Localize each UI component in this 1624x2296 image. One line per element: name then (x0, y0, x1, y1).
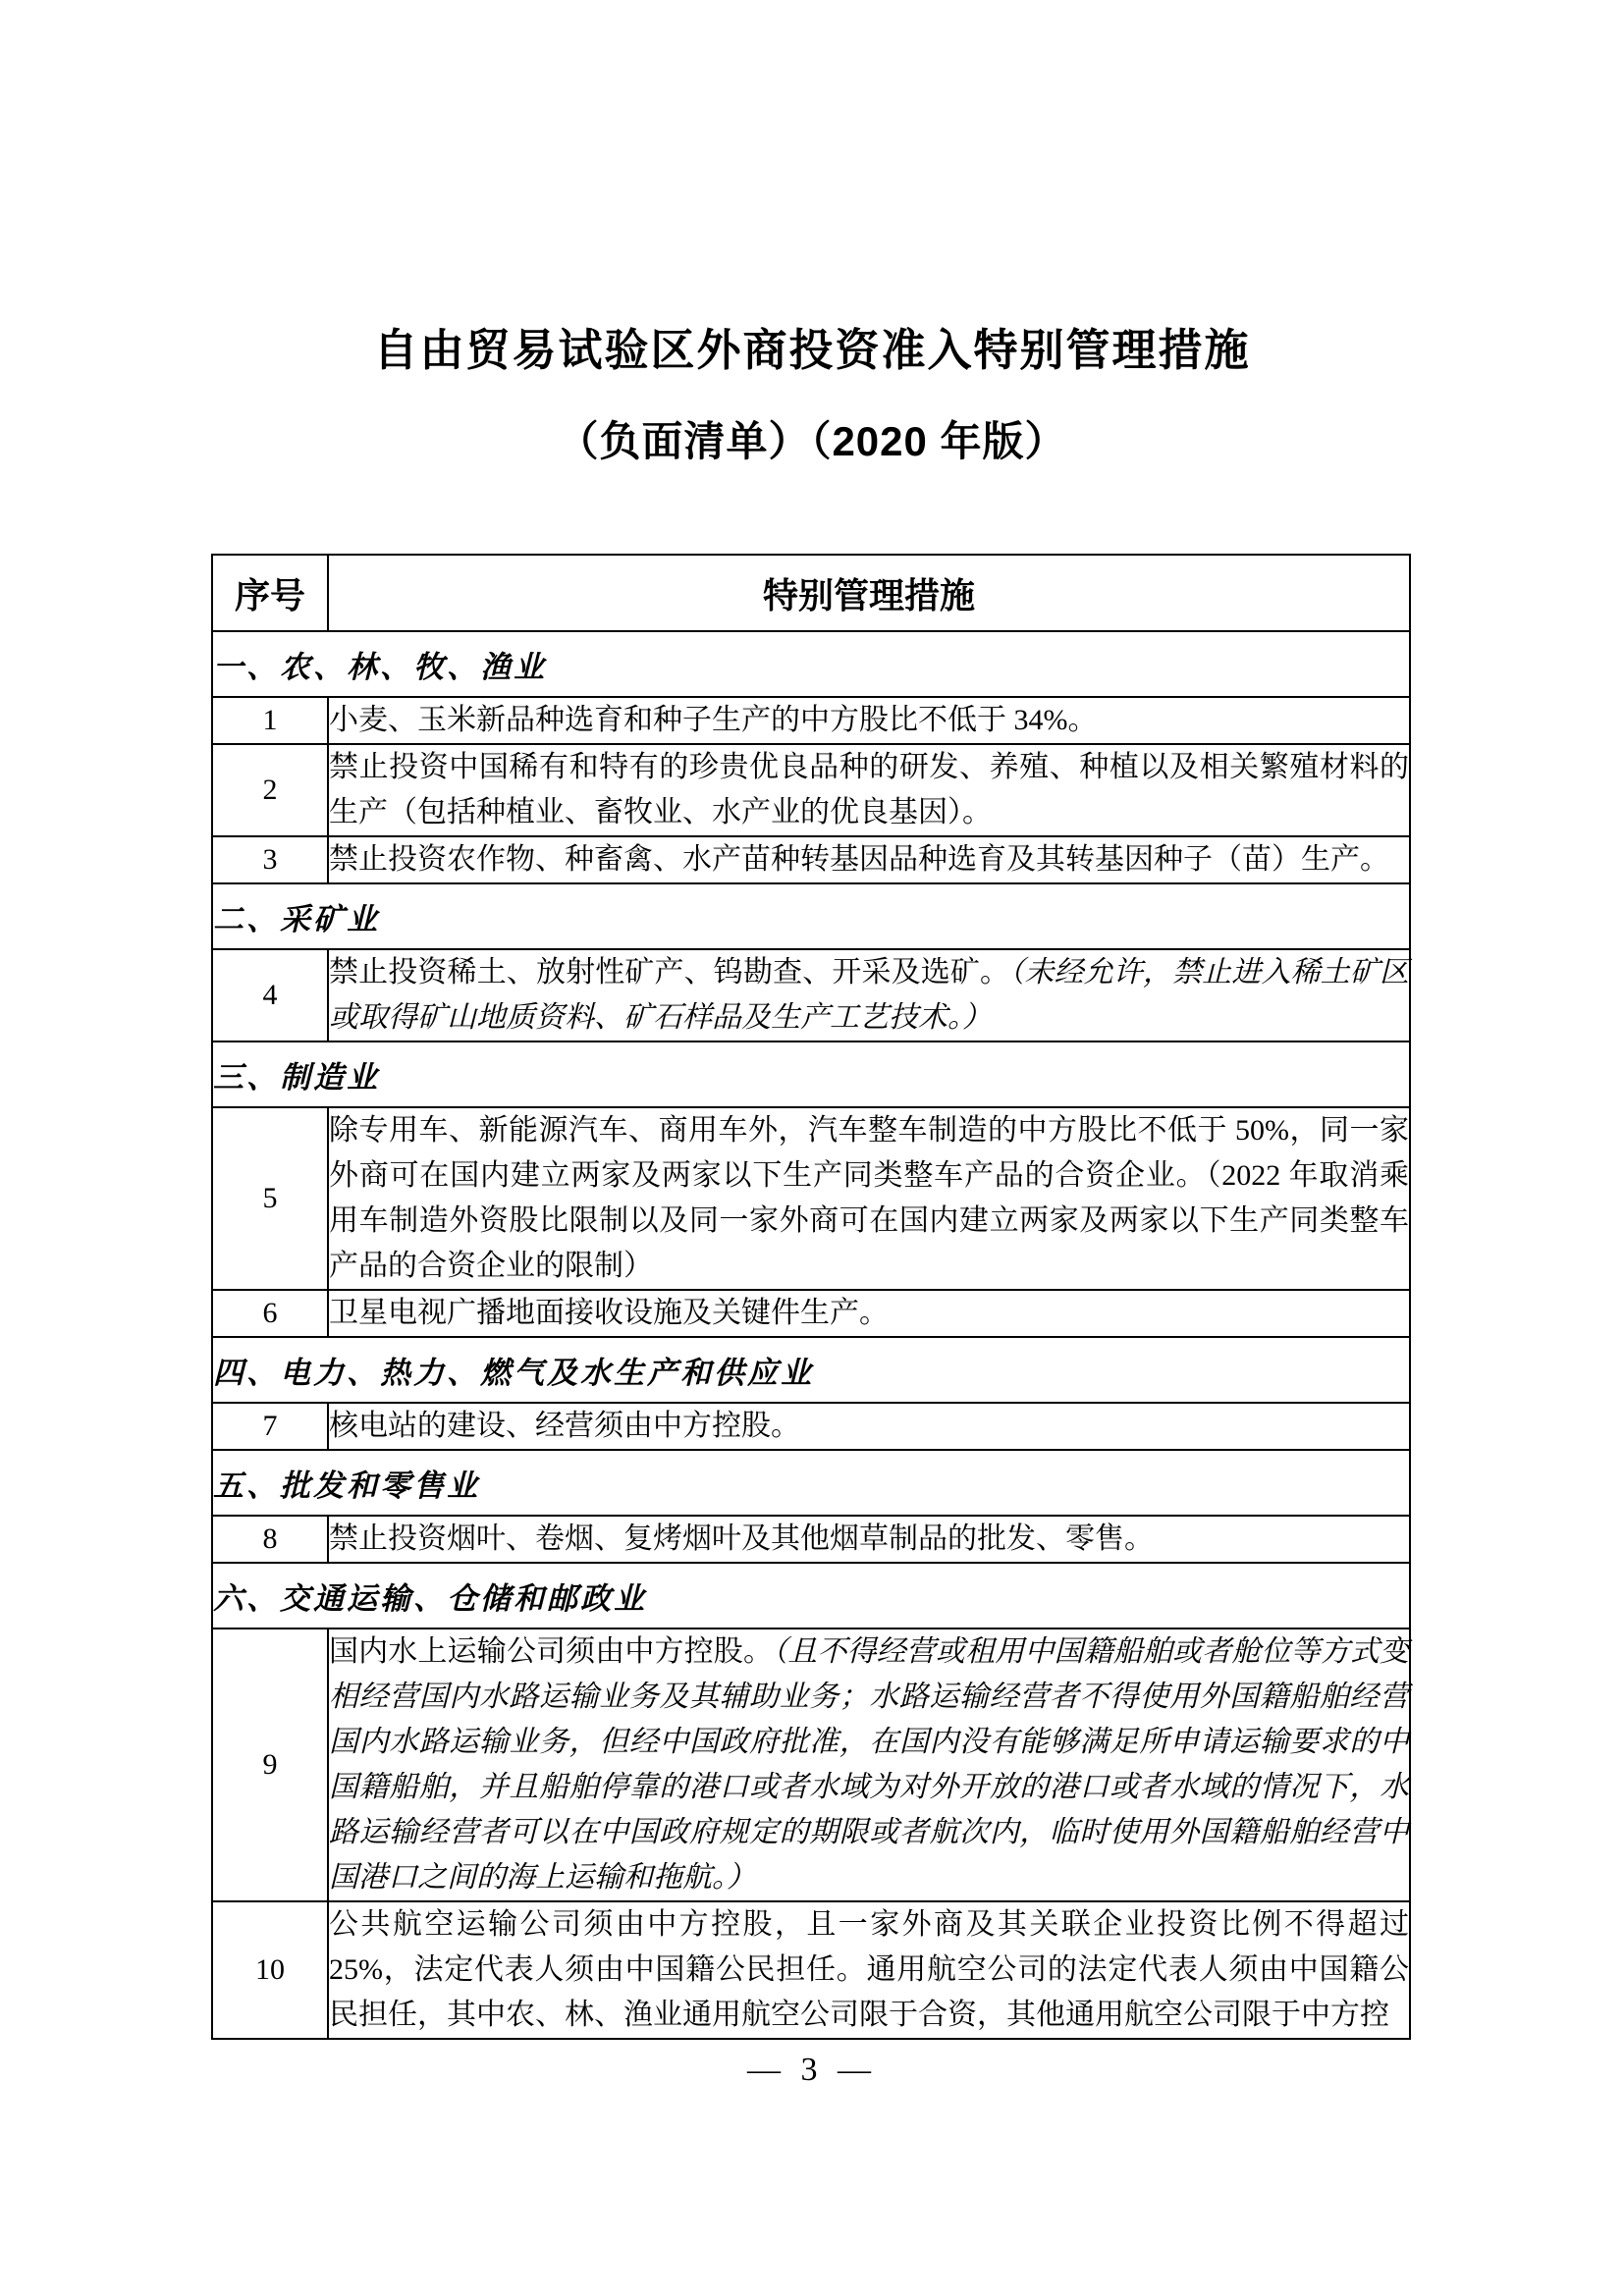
table-row: 2禁止投资中国稀有和特有的珍贵优良品种的研发、养殖、种植以及相关繁殖材料的生产（… (212, 744, 1410, 836)
table-row: 7核电站的建设、经营须由中方控股。 (212, 1403, 1410, 1450)
measure-text-cell: 禁止投资稀土、放射性矿产、钨勘查、开采及选矿。（未经允许，禁止进入稀土矿区或取得… (328, 949, 1410, 1041)
measure-text-cell: 禁止投资烟叶、卷烟、复烤烟叶及其他烟草制品的批发、零售。 (328, 1516, 1410, 1563)
section-label: 五、批发和零售业 (212, 1450, 1410, 1516)
section-row: 五、批发和零售业 (212, 1450, 1410, 1516)
table-header-row: 序号 特别管理措施 (212, 555, 1410, 631)
section-row: 一、农、林、牧、渔业 (212, 631, 1410, 697)
row-number-cell: 7 (212, 1403, 328, 1450)
section-row: 四、电力、热力、燃气及水生产和供应业 (212, 1337, 1410, 1403)
table-row: 10公共航空运输公司须由中方控股，且一家外商及其关联企业投资比例不得超过 25%… (212, 1901, 1410, 2039)
measure-text: 国内水上运输公司须由中方控股。 (329, 1635, 773, 1668)
section-label: 四、电力、热力、燃气及水生产和供应业 (212, 1337, 1410, 1403)
row-number-cell: 10 (212, 1901, 328, 2039)
table-row: 4禁止投资稀土、放射性矿产、钨勘查、开采及选矿。（未经允许，禁止进入稀土矿区或取… (212, 949, 1410, 1041)
table-row: 9国内水上运输公司须由中方控股。（且不得经营或租用中国籍船舶或者舱位等方式变相经… (212, 1629, 1410, 1901)
measure-text: 卫星电视广播地面接收设施及关键件生产。 (329, 1297, 889, 1329)
page-number: — 3 — (0, 2052, 1624, 2089)
measures-table: 序号 特别管理措施 一、农、林、牧、渔业1小麦、玉米新品种选育和种子生产的中方股… (211, 554, 1411, 2040)
section-row: 三、制造业 (212, 1041, 1410, 1107)
row-number-cell: 2 (212, 744, 328, 836)
table-row: 5除专用车、新能源汽车、商用车外，汽车整车制造的中方股比不低于 50%，同一家外… (212, 1107, 1410, 1290)
measure-text-cell: 公共航空运输公司须由中方控股，且一家外商及其关联企业投资比例不得超过 25%，法… (328, 1901, 1410, 2039)
section-label: 六、交通运输、仓储和邮政业 (212, 1563, 1410, 1629)
measure-text: 禁止投资中国稀有和特有的珍贵优良品种的研发、养殖、种植以及相关繁殖材料的生产（包… (329, 751, 1409, 828)
table-body: 一、农、林、牧、渔业1小麦、玉米新品种选育和种子生产的中方股比不低于 34%。2… (212, 631, 1410, 2039)
measure-text-cell: 禁止投资中国稀有和特有的珍贵优良品种的研发、养殖、种植以及相关繁殖材料的生产（包… (328, 744, 1410, 836)
table-row: 3禁止投资农作物、种畜禽、水产苗种转基因品种选育及其转基因种子（苗）生产。 (212, 836, 1410, 883)
measure-text-cell: 核电站的建设、经营须由中方控股。 (328, 1403, 1410, 1450)
measure-text: 禁止投资稀土、放射性矿产、钨勘查、开采及选矿。 (329, 956, 1009, 988)
document-page: 自由贸易试验区外商投资准入特别管理措施 （负面清单）（2020 年版） 序号 特… (0, 0, 1624, 2296)
table-row: 8禁止投资烟叶、卷烟、复烤烟叶及其他烟草制品的批发、零售。 (212, 1516, 1410, 1563)
measure-text-cell: 禁止投资农作物、种畜禽、水产苗种转基因品种选育及其转基因种子（苗）生产。 (328, 836, 1410, 883)
row-number-cell: 6 (212, 1290, 328, 1337)
measure-text-cell: 除专用车、新能源汽车、商用车外，汽车整车制造的中方股比不低于 50%，同一家外商… (328, 1107, 1410, 1290)
section-row: 二、采矿业 (212, 883, 1410, 949)
row-number-cell: 1 (212, 697, 328, 744)
measure-text: 除专用车、新能源汽车、商用车外，汽车整车制造的中方股比不低于 50%，同一家外商… (329, 1114, 1409, 1282)
row-number-cell: 8 (212, 1516, 328, 1563)
measure-text-cell: 小麦、玉米新品种选育和种子生产的中方股比不低于 34%。 (328, 697, 1410, 744)
section-label: 一、农、林、牧、渔业 (212, 631, 1410, 697)
document-title-line1: 自由贸易试验区外商投资准入特别管理措施 (0, 324, 1624, 377)
section-label: 二、采矿业 (212, 883, 1410, 949)
measure-note-kaiti: （且不得经营或租用中国籍船舶或者舱位等方式变相经营国内水路运输业务及其辅助业务；… (329, 1635, 1409, 1894)
measure-text-cell: 国内水上运输公司须由中方控股。（且不得经营或租用中国籍船舶或者舱位等方式变相经营… (328, 1629, 1410, 1901)
measure-text-cell: 卫星电视广播地面接收设施及关键件生产。 (328, 1290, 1410, 1337)
measure-text: 小麦、玉米新品种选育和种子生产的中方股比不低于 34%。 (329, 704, 1098, 736)
measure-text: 公共航空运输公司须由中方控股，且一家外商及其关联企业投资比例不得超过 25%，法… (329, 1908, 1409, 2031)
section-row: 六、交通运输、仓储和邮政业 (212, 1563, 1410, 1629)
measure-text: 禁止投资农作物、种畜禽、水产苗种转基因品种选育及其转基因种子（苗）生产。 (329, 843, 1389, 876)
measure-text: 核电站的建设、经营须由中方控股。 (329, 1410, 800, 1442)
row-number-cell: 5 (212, 1107, 328, 1290)
column-header-index: 序号 (212, 555, 328, 631)
document-title-line2: （负面清单）（2020 年版） (0, 416, 1624, 467)
table-row: 1小麦、玉米新品种选育和种子生产的中方股比不低于 34%。 (212, 697, 1410, 744)
column-header-measures: 特别管理措施 (328, 555, 1410, 631)
row-number-cell: 4 (212, 949, 328, 1041)
row-number-cell: 9 (212, 1629, 328, 1901)
table-row: 6卫星电视广播地面接收设施及关键件生产。 (212, 1290, 1410, 1337)
row-number-cell: 3 (212, 836, 328, 883)
measure-text: 禁止投资烟叶、卷烟、复烤烟叶及其他烟草制品的批发、零售。 (329, 1522, 1154, 1555)
section-label: 三、制造业 (212, 1041, 1410, 1107)
